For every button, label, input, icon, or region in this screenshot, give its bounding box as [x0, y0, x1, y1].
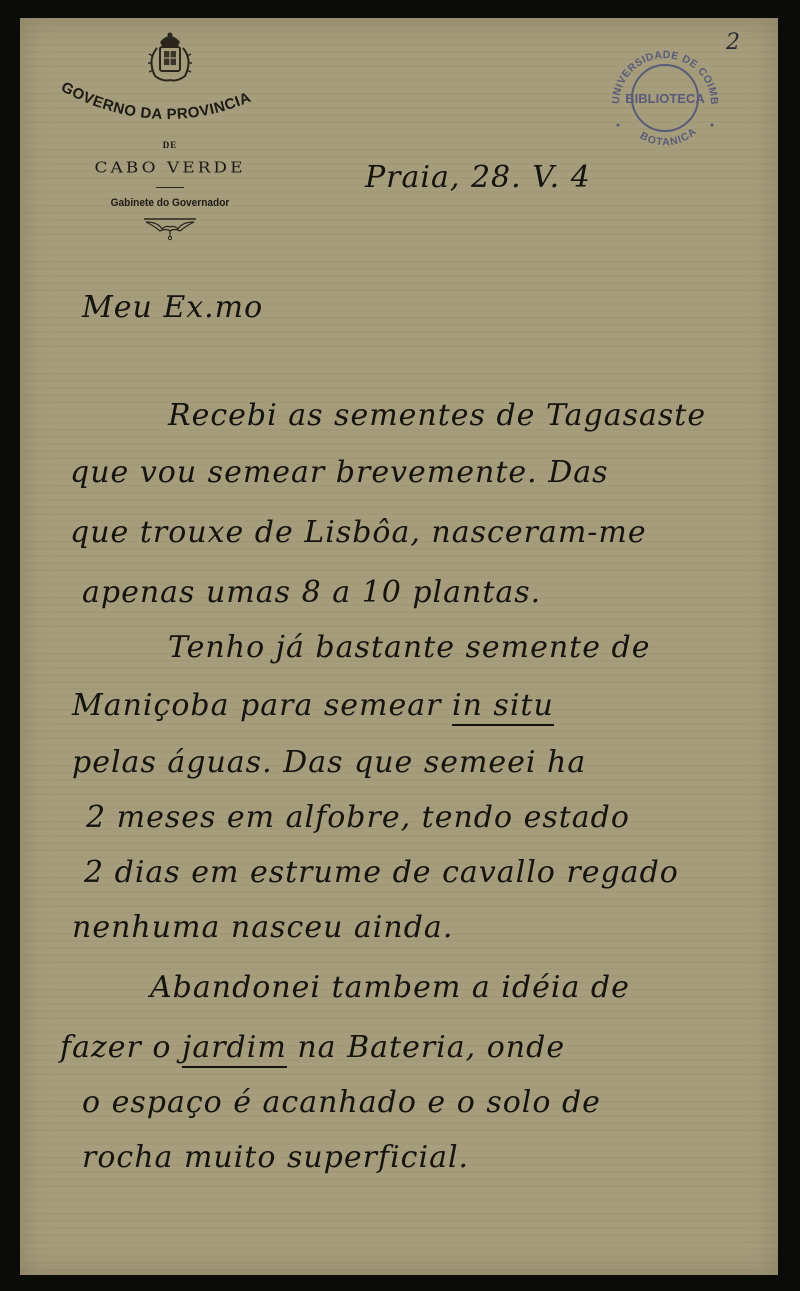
underlined-phrase: in situ	[452, 688, 554, 726]
letter-line: Tenho já bastante semente de	[168, 630, 650, 665]
letter-line: apenas umas 8 a 10 plantas.	[82, 575, 541, 610]
salutation: Meu Ex.mo	[82, 290, 263, 325]
letter-line: nenhuma nasceu ainda.	[72, 910, 453, 945]
letter-line: fazer o jardim na Bateria, onde	[60, 1030, 565, 1065]
svg-text:GOVERNO DA PROVINCIA: GOVERNO DA PROVINCIA	[58, 79, 253, 124]
letter-line: pelas águas. Das que semeei ha	[72, 745, 586, 780]
letter-line: que trouxe de Lisbôa, nasceram-me	[70, 515, 647, 550]
letter-line: o espaço é acanhado e o solo de	[82, 1085, 601, 1120]
letterhead-province: CABO VERDE	[40, 159, 300, 177]
underlined-phrase: jardim	[182, 1030, 287, 1068]
arc-title: GOVERNO DA PROVINCIA	[50, 78, 290, 138]
library-stamp: UNIVERSIDADE DE COIMBRA BIBLIOTECA BOTAN…	[605, 40, 725, 156]
letter-line: Abandonei tambem a idéia de	[150, 970, 630, 1005]
place-date: Praia, 28. V. 4	[365, 160, 591, 195]
letterhead-office: Gabinete do Governador	[50, 197, 289, 209]
flourish-ornament-icon	[140, 217, 200, 241]
letterhead-divider	[156, 187, 184, 188]
letter-line: que vou semear brevemente. Das	[70, 455, 609, 490]
letter-line: 2 dias em estrume de cavallo regado	[84, 855, 679, 890]
letter-line: 2 meses em alfobre, tendo estado	[86, 800, 630, 835]
letterhead-de: DE	[40, 140, 300, 150]
svg-text:BOTANICA: BOTANICA	[638, 125, 699, 148]
letter-line: rocha muito superficial.	[82, 1140, 469, 1175]
letter-line: Maniçoba para semear in situ	[72, 688, 554, 723]
svg-text:BIBLIOTECA: BIBLIOTECA	[625, 91, 705, 106]
letterhead: GOVERNO DA PROVINCIA DE CABO VERDE Gabin…	[40, 30, 300, 241]
letter-line: Recebi as sementes de Tagasaste	[168, 398, 706, 433]
folio-number: 2	[726, 30, 740, 55]
